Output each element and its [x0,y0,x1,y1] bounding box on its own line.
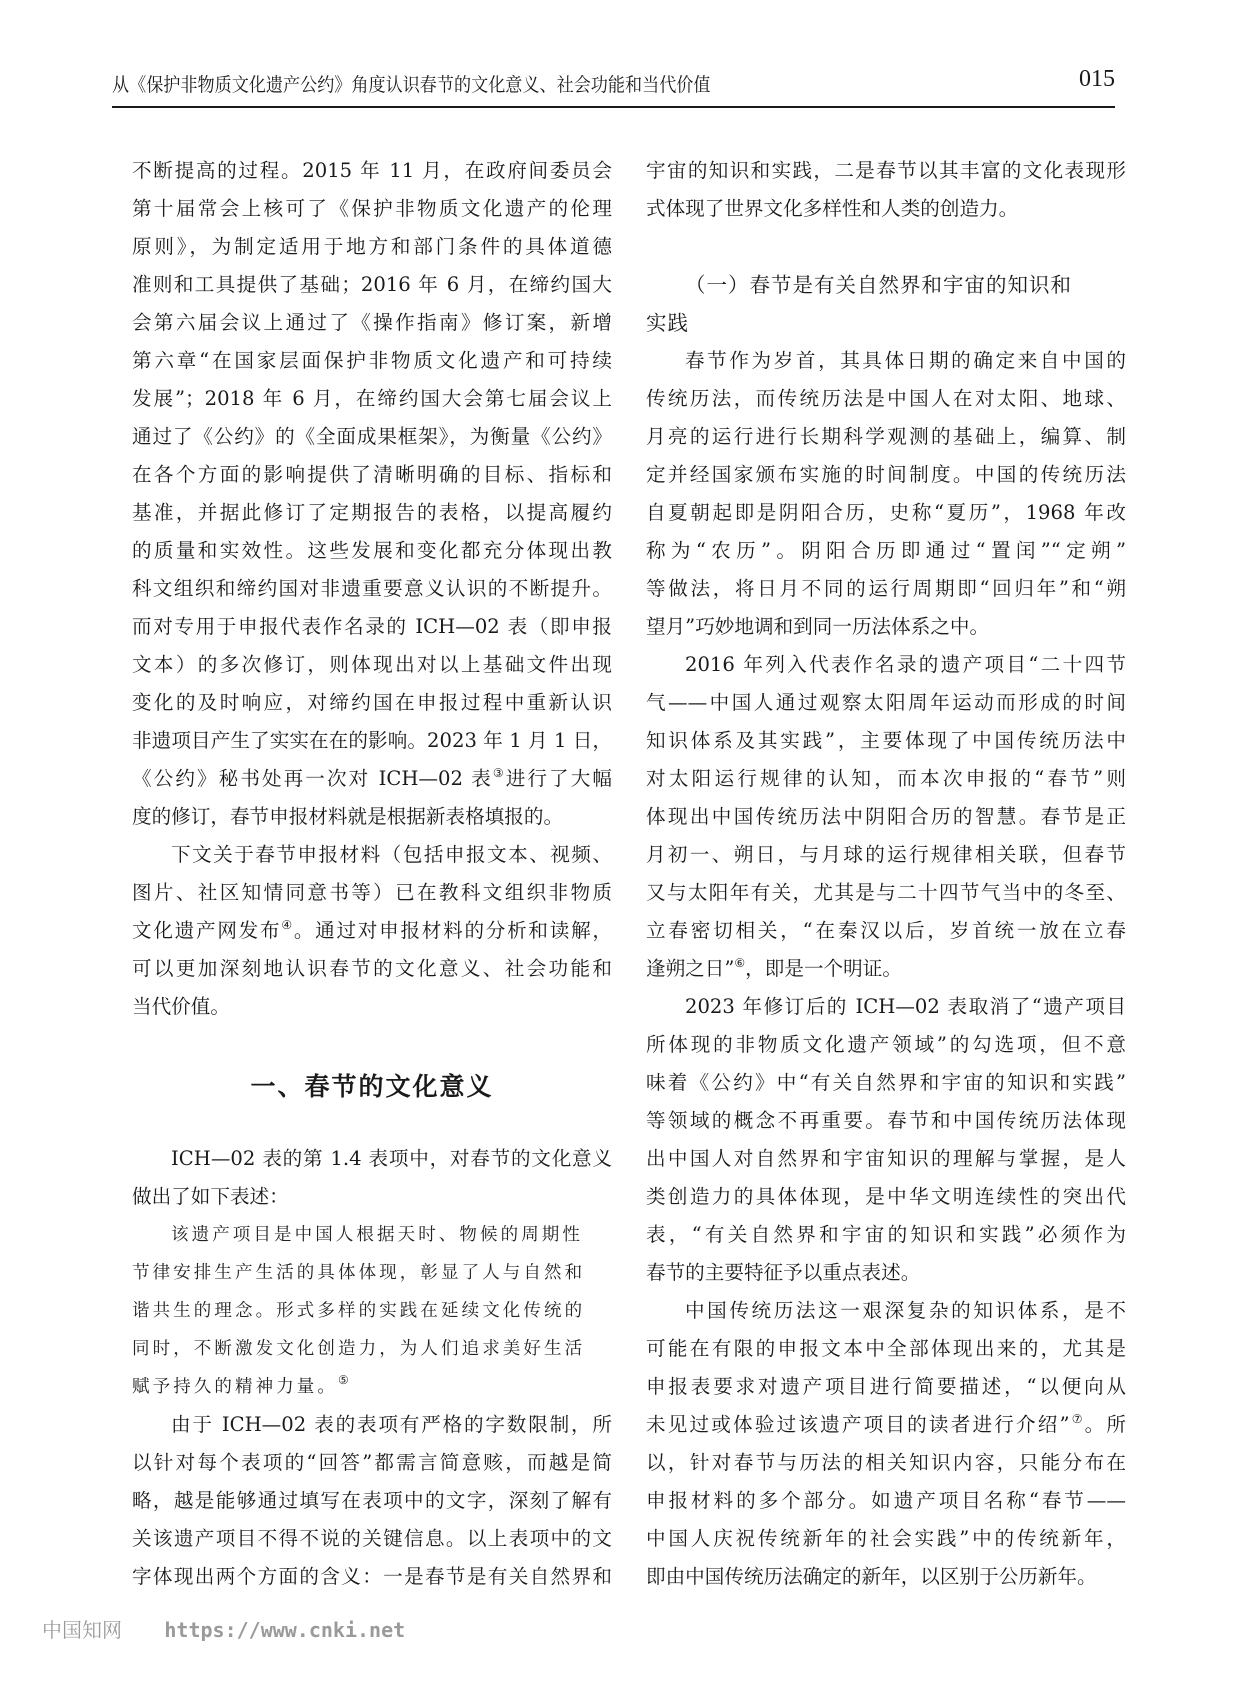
paragraph: 2023 年修订后的 ICH—02 表取消了“遗产项目 所体现的非物质文化遗产领… [646,988,1126,1292]
paragraph: 2016 年列入代表作名录的遗产项目“二十四节 气——中国人通过观察太阳周年运动… [646,646,1126,988]
text-line: 以针对每个表项的“回答”都需言简意赅，而越是简 [132,1444,612,1482]
text-segment: 文化遗产网发布 [132,919,281,942]
quote-line: 赋予持久的精神力量。⑤ [132,1368,612,1406]
left-column: 不断提高的过程。2015 年 11 月，在政府间委员会 第十届常会上核可了《保护… [132,152,612,1596]
text-line: 中国传统历法这一艰深复杂的知识体系，是不 [646,1292,1126,1330]
text-line: 下文关于春节申报材料（包括申报文本、视频、 [132,836,612,874]
text-line: 准则和工具提供了基础；2016 年 6 月，在缔约国大 [132,266,612,304]
text-line: 图片、社区知情同意书等）已在教科文组织非物质 [132,874,612,912]
text-line: 类创造力的具体体现，是中华文明连续性的突出代 [646,1178,1126,1216]
text-line: 传统历法，而传统历法是中国人在对太阳、地球、 [646,380,1126,418]
text-segment: 《公约》秘书处再一次对 ICH—02 表 [132,767,493,790]
text-line: 可以更加深刻地认识春节的文化意义、社会功能和 [132,950,612,988]
paragraph: 春节作为岁首，其具体日期的确定来自中国的 传统历法，而传统历法是中国人在对太阳、… [646,342,1126,646]
text-line: 2016 年列入代表作名录的遗产项目“二十四节 [646,646,1126,684]
text-line: 会第六届会议上通过了《操作指南》修订案，新增 [132,304,612,342]
text-line: 变化的及时响应，对缔约国在申报过程中重新认识 [132,684,612,722]
text-line: 味着《公约》中“有关自然界和宇宙的知识和实践” [646,1064,1126,1102]
text-line: 月初一、朔日，与月球的运行规律相关联，但春节 [646,836,1126,874]
text-line: 关该遗产项目不得不说的关键信息。以上表项中的文 [132,1520,612,1558]
subsection-heading: （一）春节是有关自然界和宇宙的知识和 实践 [646,266,1126,342]
text-segment: 逢朔之日” [646,957,734,980]
quote-line: 谐共生的理念。形式多样的实践在延续文化传统的 [132,1292,612,1330]
text-line: 当代价值。 [132,988,612,1026]
text-line: 即由中国传统历法确定的新年，以区别于公历新年。 [646,1558,1126,1596]
text-line: 在各个方面的影响提供了清晰明确的目标、指标和 [132,456,612,494]
text-line: 以，针对春节与历法的相关知识内容，只能分布在 [646,1444,1126,1482]
text-line: 《公约》秘书处再一次对 ICH—02 表③进行了大幅 [132,760,612,798]
text-line: 望月”巧妙地调和到同一历法体系之中。 [646,608,1126,646]
text-segment: 赋予持久的精神力量。 [132,1377,338,1397]
text-segment: 。所 [1085,1413,1126,1436]
text-line: 称为“农历”。阴阳合历即通过“置闰”“定朔” [646,532,1126,570]
watermark-site-name: 中国知网 [42,1618,122,1642]
quote-line: 节律安排生产生活的具体体现，彰显了人与自然和 [132,1254,612,1292]
footnote-marker[interactable]: ⑤ [338,1373,352,1387]
quote-line: 该遗产项目是中国人根据天时、物候的周期性 [132,1216,612,1254]
text-line: 科文组织和缔约国对非遗重要意义认识的不断提升。 [132,570,612,608]
text-segment: 。通过对申报材料的分析和读解， [294,919,612,942]
text-line: 等领域的概念不再重要。春节和中国传统历法体现 [646,1102,1126,1140]
footnote-marker[interactable]: ③ [493,766,506,780]
text-line: 申报材料的多个部分。如遗产项目名称“春节—— [646,1482,1126,1520]
text-line: 度的修订，春节申报材料就是根据新表格填报的。 [132,798,612,836]
footnote-marker[interactable]: ⑦ [1070,1412,1085,1426]
text-line: 表，“有关自然界和宇宙的知识和实践”必须作为 [646,1216,1126,1254]
text-line: 宇宙的知识和实践，二是春节以其丰富的文化表现形 [646,152,1126,190]
text-line: 体现出中国传统历法中阴阳合历的智慧。春节是正 [646,798,1126,836]
text-line: 文本）的多次修订，则体现出对以上基础文件出现 [132,646,612,684]
text-line: 中国人庆祝传统新年的社会实践”中的传统新年， [646,1520,1126,1558]
watermark-url-link[interactable]: https://www.cnki.net [164,1618,405,1642]
page-number: 015 [1079,66,1115,93]
text-line: 知识体系及其实践”，主要体现了中国传统历法中 [646,722,1126,760]
text-line: 出中国人对自然界和宇宙知识的理解与掌握，是人 [646,1140,1126,1178]
paragraph: 由于 ICH—02 表的表项有严格的字数限制，所 以针对每个表项的“回答”都需言… [132,1406,612,1596]
paragraph: 中国传统历法这一艰深复杂的知识体系，是不 可能在有限的申报文本中全部体现出来的，… [646,1292,1126,1596]
text-segment: ，即是一个明证。 [745,957,902,980]
text-line: 春节作为岁首，其具体日期的确定来自中国的 [646,342,1126,380]
paragraph: ICH—02 表的第 1.4 表项中，对春节的文化意义 做出了如下表述： [132,1140,612,1216]
paragraph: 不断提高的过程。2015 年 11 月，在政府间委员会 第十届常会上核可了《保护… [132,152,612,836]
text-line: 2023 年修订后的 ICH—02 表取消了“遗产项目 [646,988,1126,1026]
running-header: 从《保护非物质文化遗产公约》角度认识春节的文化意义、社会功能和当代价值 015 [112,62,1115,108]
text-line: 由于 ICH—02 表的表项有严格的字数限制，所 [132,1406,612,1444]
text-line: 对太阳运行规律的认知，而本次申报的“春节”则 [646,760,1126,798]
right-column: 宇宙的知识和实践，二是春节以其丰富的文化表现形 式体现了世界文化多样性和人类的创… [646,152,1126,1596]
text-line: 而对专用于申报代表作名录的 ICH—02 表（即申报 [132,608,612,646]
text-line: 略，越是能够通过填写在表项中的文字，深刻了解有 [132,1482,612,1520]
text-line: 申报表要求对遗产项目进行简要描述，“以便向从 [646,1368,1126,1406]
text-line: 自夏朝起即是阴阳合历，史称“夏历”，1968 年改 [646,494,1126,532]
spacer [132,1026,612,1068]
text-line: 春节的主要特征予以重点表述。 [646,1254,1126,1292]
text-line: 定并经国家颁布实施的时间制度。中国的传统历法 [646,456,1126,494]
block-quote: 该遗产项目是中国人根据天时、物候的周期性 节律安排生产生活的具体体现，彰显了人与… [132,1216,612,1406]
text-line: 可能在有限的申报文本中全部体现出来的，尤其是 [646,1330,1126,1368]
text-line: 立春密切相关，“在秦汉以后，岁首统一放在立春 [646,912,1126,950]
running-title: 从《保护非物质文化遗产公约》角度认识春节的文化意义、社会功能和当代价值 [112,70,711,97]
text-line: 未见过或体验过该遗产项目的读者进行介绍”⑦。所 [646,1406,1126,1444]
text-line: 等做法，将日月不同的运行周期即“回归年”和“朔 [646,570,1126,608]
text-line: 文化遗产网发布④。通过对申报材料的分析和读解， [132,912,612,950]
text-line: 气——中国人通过观察太阳周年运动而形成的时间 [646,684,1126,722]
footnote-marker[interactable]: ④ [281,918,294,932]
text-line: ICH—02 表的第 1.4 表项中，对春节的文化意义 [132,1140,612,1178]
text-line: 发展”；2018 年 6 月，在缔约国大会第七届会议上 [132,380,612,418]
text-line: 基准，并据此修订了定期报告的表格，以提高履约 [132,494,612,532]
subheading-line: 实践 [646,304,1126,342]
spacer [132,1106,612,1140]
quote-line: 同时，不断激发文化创造力，为人们追求美好生活 [132,1330,612,1368]
text-line: 所体现的非物质文化遗产领域”的勾选项，但不意 [646,1026,1126,1064]
paragraph: 宇宙的知识和实践，二是春节以其丰富的文化表现形 式体现了世界文化多样性和人类的创… [646,152,1126,228]
footnote-marker[interactable]: ⑥ [734,956,745,970]
section-heading: 一、春节的文化意义 [132,1068,612,1106]
text-line: 字体现出两个方面的含义：一是春节是有关自然界和 [132,1558,612,1596]
text-line: 又与太阳年有关，尤其是与二十四节气当中的冬至、 [646,874,1126,912]
text-line: 的质量和实效性。这些发展和变化都充分体现出教 [132,532,612,570]
text-line: 原则》，为制定适用于地方和部门条件的具体道德 [132,228,612,266]
text-line: 第十届常会上核可了《保护非物质文化遗产的伦理 [132,190,612,228]
text-line: 做出了如下表述： [132,1178,612,1216]
text-line: 不断提高的过程。2015 年 11 月，在政府间委员会 [132,152,612,190]
text-line: 第六章“在国家层面保护非物质文化遗产和可持续 [132,342,612,380]
text-segment: 进行了大幅 [506,767,612,790]
text-segment: 未见过或体验过该遗产项目的读者进行介绍” [646,1413,1070,1436]
text-line: 月亮的运行进行长期科学观测的基础上，编算、制 [646,418,1126,456]
text-line: 逢朔之日”⑥，即是一个明证。 [646,950,1126,988]
text-line: 非遗项目产生了实实在在的影响。2023 年 1 月 1 日， [132,722,612,760]
spacer [646,228,1126,266]
paragraph: 下文关于春节申报材料（包括申报文本、视频、 图片、社区知情同意书等）已在教科文组… [132,836,612,1026]
cnki-watermark: 中国知网 https://www.cnki.net [42,1614,405,1643]
text-line: 式体现了世界文化多样性和人类的创造力。 [646,190,1126,228]
subheading-line: （一）春节是有关自然界和宇宙的知识和 [646,266,1126,304]
text-line: 通过了《公约》的《全面成果框架》，为衡量《公约》 [132,418,612,456]
